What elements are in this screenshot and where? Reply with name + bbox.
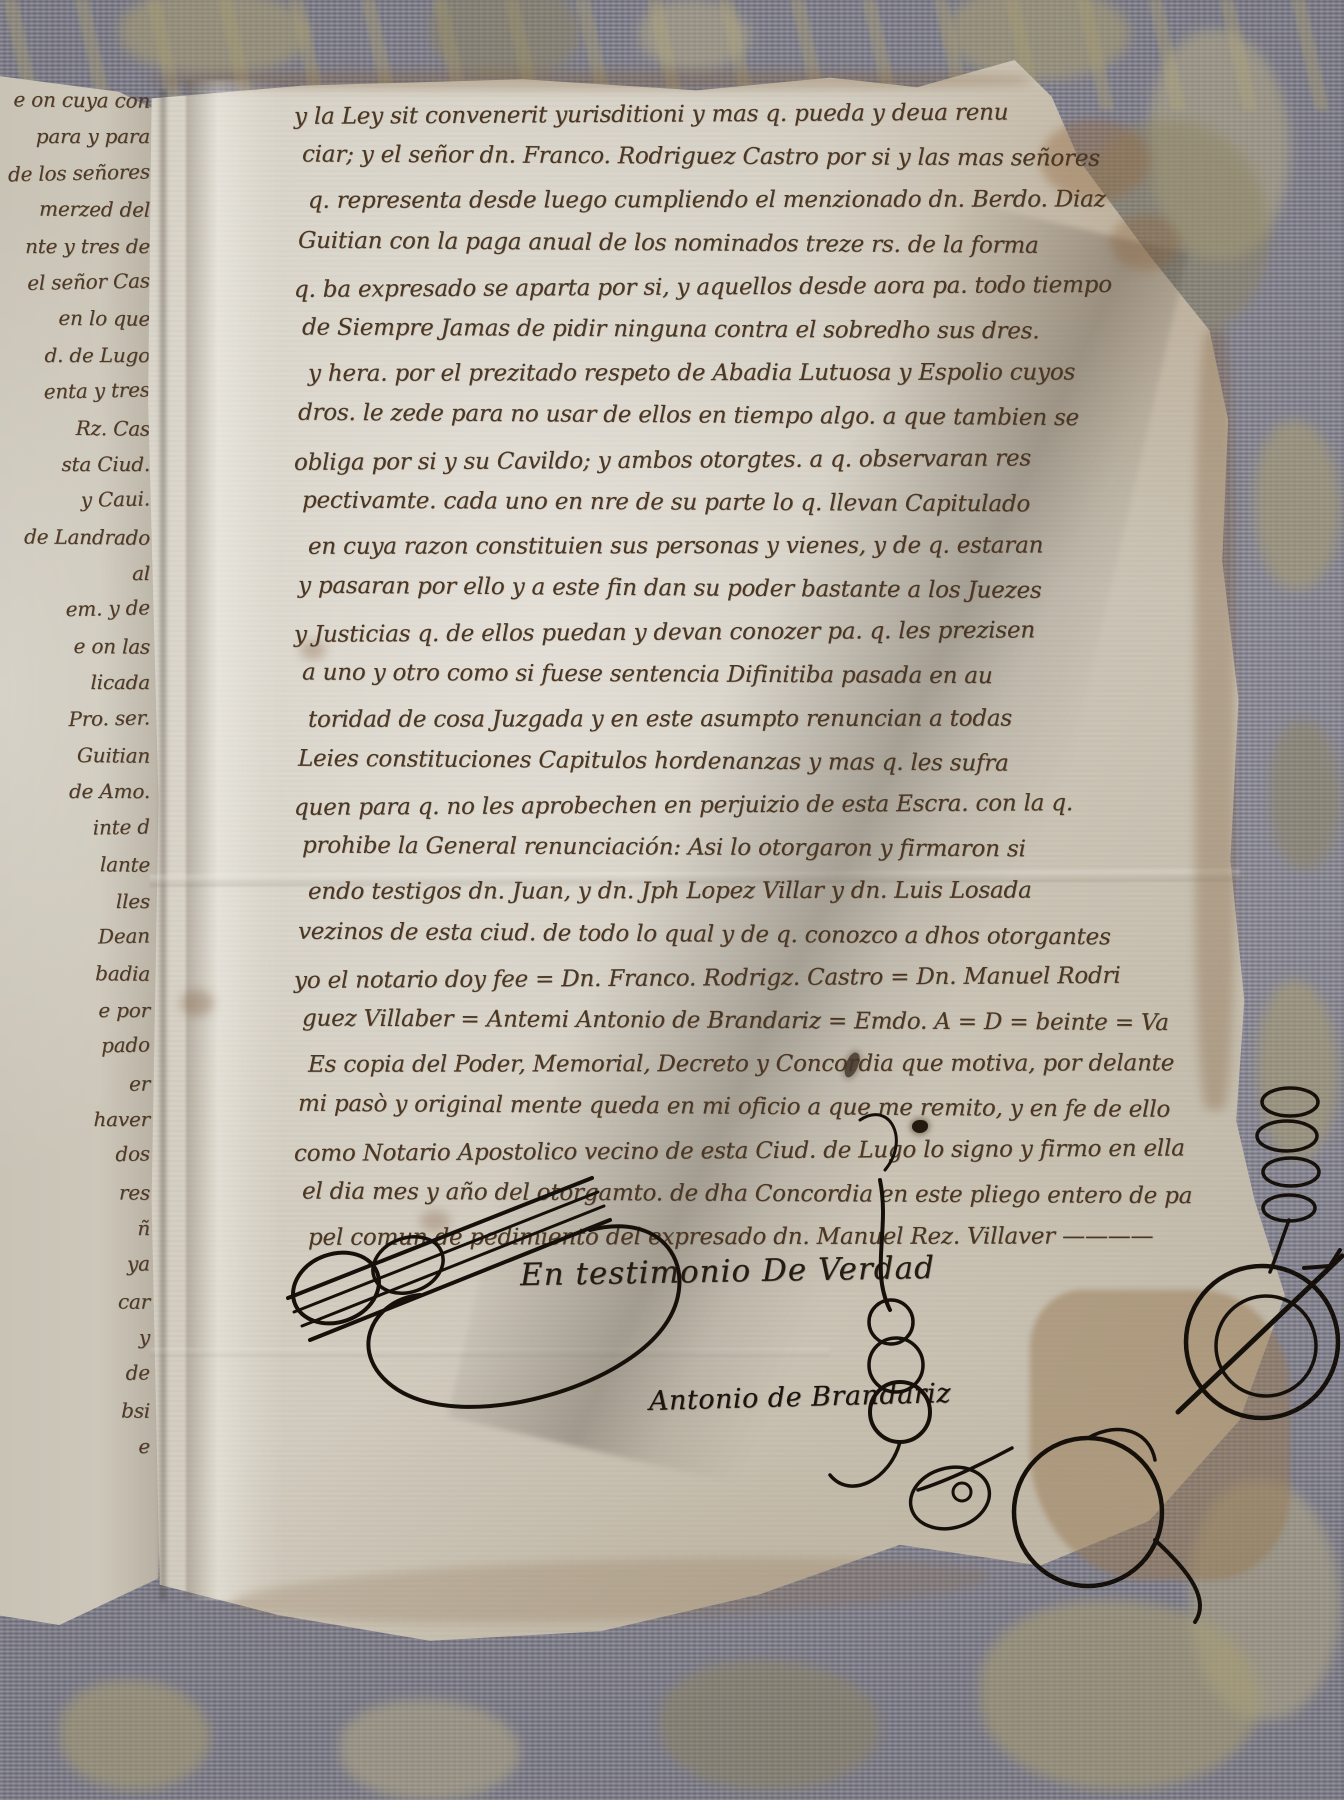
- left-page-line: car: [0, 1288, 150, 1326]
- left-page-line: e: [0, 1434, 150, 1470]
- manuscript-line: y Justicias q. de ellos puedan y devan c…: [294, 607, 1254, 656]
- signature-paraph-flourish: [904, 1448, 1012, 1537]
- manuscript-line: Leies constituciones Capitulos hordenanz…: [298, 737, 1258, 787]
- manuscript-line: prohibe la General renunciación: Asi lo …: [302, 824, 1262, 872]
- left-page-line: Pro. ser.: [0, 705, 150, 745]
- fabric-damask-motif: [60, 1680, 210, 1790]
- quill-baton-flourish: [283, 1178, 679, 1407]
- paper-stain: [180, 990, 214, 1016]
- left-page-line: ya: [0, 1251, 150, 1291]
- paper-stain: [150, 70, 1030, 90]
- central-knot-flourish: [830, 1115, 930, 1486]
- left-page-line: ñ: [0, 1216, 150, 1252]
- fabric-damask-motif: [340, 1700, 520, 1800]
- left-page-line: el señor Cas: [0, 268, 150, 308]
- left-page-line: para y para: [0, 124, 150, 160]
- left-page-line: de los señores: [0, 159, 150, 199]
- left-page-line: Rz. Cas: [0, 415, 150, 453]
- left-page-line: en lo que: [0, 306, 150, 344]
- photo-of-manuscript: e on cuya conpara y parade los señoresme…: [0, 0, 1344, 1800]
- left-page-line: de Amo.: [0, 779, 150, 815]
- manuscript-line: toridad de cosa Juzgada y en este asumpt…: [308, 696, 1268, 741]
- manuscript-line: q. ba expresado se aparta por si, y aque…: [294, 262, 1254, 311]
- left-page-line: inte d: [0, 814, 150, 854]
- fabric-damask-motif: [120, 0, 310, 75]
- left-page-line: dos: [0, 1142, 150, 1182]
- left-page-line: lante: [0, 851, 150, 889]
- right-rubric-flourish: [1014, 1088, 1342, 1622]
- left-page-line: y: [0, 1325, 150, 1361]
- left-page-line: em. y de: [0, 596, 150, 636]
- left-page-line: pado: [0, 1033, 150, 1073]
- left-page-line: Dean: [0, 923, 150, 963]
- left-page-line: Guitian: [0, 742, 150, 780]
- manuscript-line: obliga por si y su Cavildo; y ambos otor…: [294, 435, 1254, 484]
- manuscript-line: ciar; y el señor dn. Franco. Rodriguez C…: [302, 133, 1262, 181]
- left-page-line: merzed del: [0, 196, 150, 234]
- left-page-line: badia: [0, 961, 150, 999]
- manuscript-line: de Siempre Jamas de pidir ninguna contra…: [302, 305, 1262, 353]
- fabric-damask-motif: [640, 0, 750, 70]
- manuscript-line: y pasaran por ello y a este fin dan su p…: [298, 564, 1258, 614]
- manuscript-line: Guitian con la paga anual de los nominad…: [298, 218, 1258, 268]
- notarial-flourishes: [250, 1060, 1344, 1680]
- manuscript-line: q. representa desde luego cumpliendo el …: [308, 178, 1268, 223]
- manuscript-line: vezinos de esta ciud. de todo lo qual y …: [298, 909, 1258, 959]
- left-page-line: res: [0, 1179, 150, 1217]
- left-page-line: sta Ciud.: [0, 452, 150, 488]
- manuscript-line: y hera. por el prezitado respeto de Abad…: [308, 350, 1268, 395]
- left-page-line: e on cuya con: [0, 87, 150, 125]
- left-page-line: e por: [0, 998, 150, 1034]
- left-page-line: de Landrado: [0, 524, 150, 562]
- left-page-line: enta y tres: [0, 378, 150, 418]
- manuscript-line: y la Ley sit convenerit yurisditioni y m…: [294, 89, 1254, 138]
- left-page-line: licada: [0, 670, 150, 706]
- manuscript-line: dros. le zede para no usar de ellos en t…: [298, 391, 1258, 441]
- left-page-line: e on las: [0, 633, 150, 671]
- manuscript-line: pectivamte. cada uno en nre de su parte …: [302, 478, 1262, 526]
- left-page-line: nte y tres de: [0, 234, 150, 270]
- manuscript-line: yo el notario doy fee = Dn. Franco. Rodr…: [294, 953, 1254, 1002]
- manuscript-line: en cuya razon constituien sus personas y…: [308, 523, 1268, 568]
- left-page-line: er: [0, 1070, 150, 1108]
- left-page-line: haver: [0, 1107, 150, 1143]
- left-page-line: y Caui.: [0, 487, 150, 527]
- manuscript-line: quen para q. no les aprobechen en perjui…: [294, 780, 1254, 829]
- manuscript-line: endo testigos dn. Juan, y dn. Jph Lopez …: [308, 869, 1268, 914]
- left-page-line: bsi: [0, 1397, 150, 1435]
- left-page-line: d. de Lugo: [0, 343, 150, 379]
- manuscript-line: guez Villaber = Antemi Antonio de Branda…: [302, 996, 1262, 1044]
- left-page-line: al: [0, 561, 150, 597]
- left-page-line: lles: [0, 889, 150, 925]
- manuscript-line: a uno y otro como si fuese sentencia Dif…: [302, 651, 1262, 699]
- left-page-text-column: e on cuya conpara y parade los señoresme…: [0, 88, 150, 1471]
- left-page-line: de: [0, 1360, 150, 1400]
